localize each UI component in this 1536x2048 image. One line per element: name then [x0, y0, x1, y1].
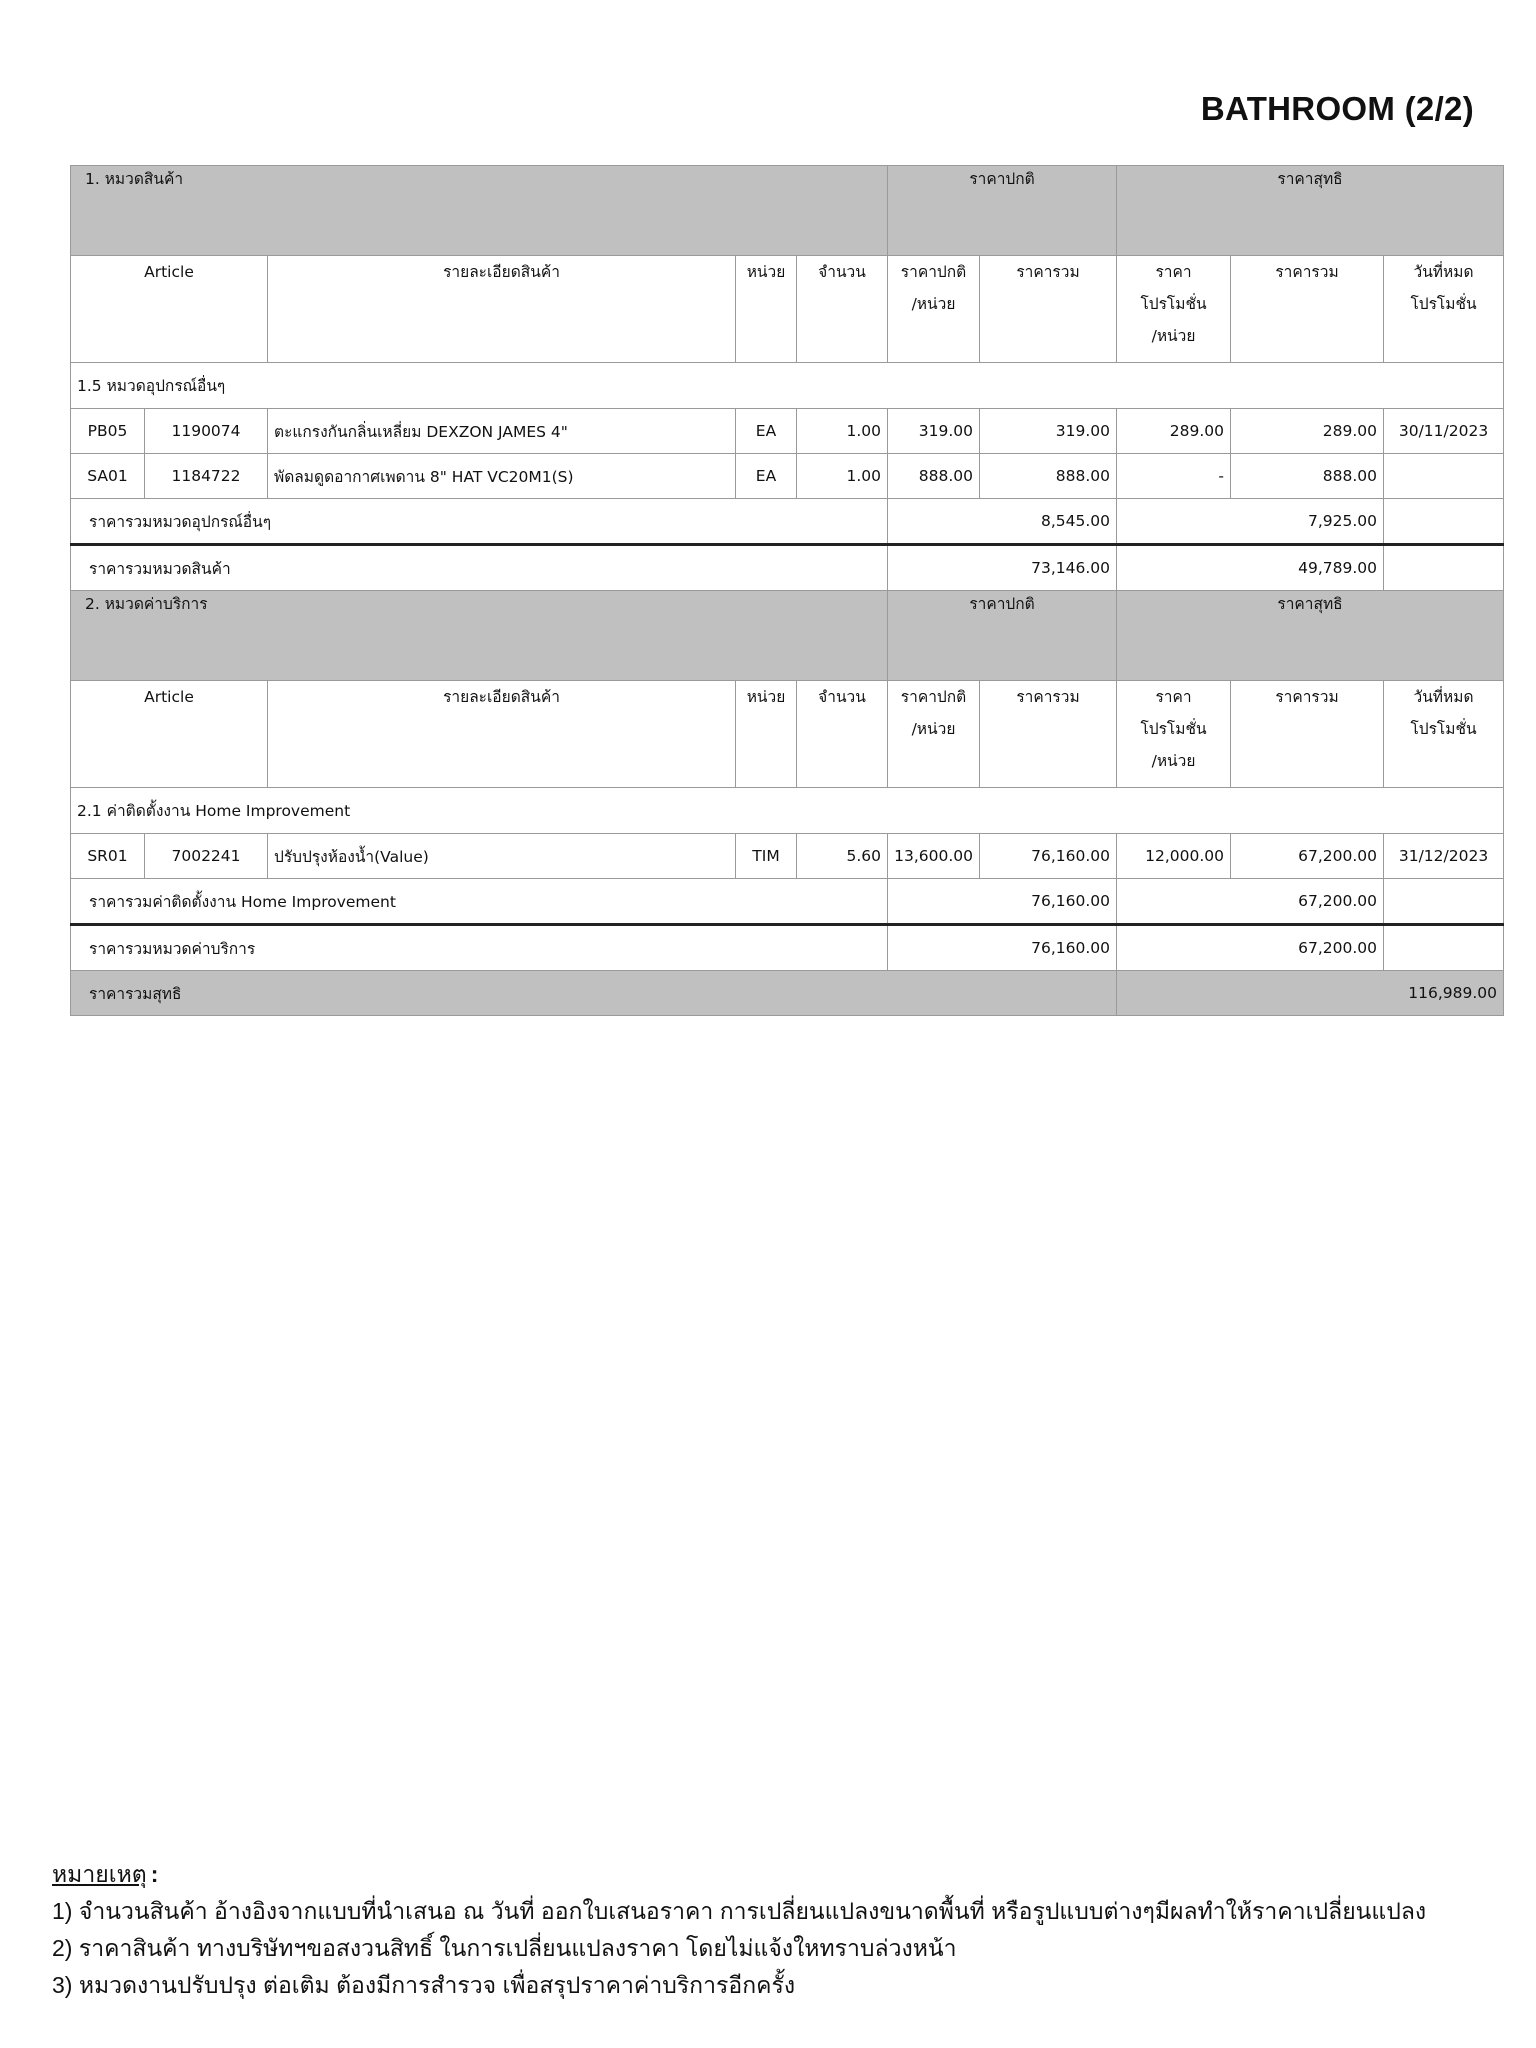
col-regular-total: ราคารวม: [980, 256, 1117, 363]
cell-qty: 1.00: [797, 454, 888, 499]
col-promo-unit-price: ราคาโปรโมชั่น/หน่วย: [1117, 681, 1231, 788]
section-total-label: ราคารวมหมวดสินค้า: [71, 545, 888, 591]
col-net-total: ราคารวม: [1231, 256, 1384, 363]
section-total-net: 67,200.00: [1117, 925, 1384, 971]
section-total-net: 49,789.00: [1117, 545, 1384, 591]
col-regular-total: ราคารวม: [980, 681, 1117, 788]
group-header-net: ราคาสุทธิ: [1117, 166, 1504, 256]
subtotal-row: ราคารวมค่าติดตั้งงาน Home Improvement 76…: [71, 879, 1504, 925]
cell-regular-total: 888.00: [980, 454, 1117, 499]
subtotal-empty: [1384, 499, 1504, 545]
notes-heading-line: หมายเหตุ:: [52, 1856, 1426, 1893]
col-article: Article: [71, 681, 268, 788]
quotation-table: 1. หมวดสินค้า ราคาปกติ ราคาสุทธิ Article…: [70, 165, 1504, 1016]
subtotal-net: 7,925.00: [1117, 499, 1384, 545]
cell-promo-end: 31/12/2023: [1384, 834, 1504, 879]
cell-article: 7002241: [145, 834, 268, 879]
subcategory-row: 2.1 ค่าติดตั้งงาน Home Improvement: [71, 788, 1504, 834]
subtotal-row: ราคารวมหมวดอุปกรณ์อื่นๆ 8,545.00 7,925.0…: [71, 499, 1504, 545]
col-description: รายละเอียดสินค้า: [268, 256, 736, 363]
cell-regular-unit-price: 13,600.00: [888, 834, 980, 879]
section-total-regular: 76,160.00: [888, 925, 1117, 971]
section-total-regular: 73,146.00: [888, 545, 1117, 591]
cell-net-total: 888.00: [1231, 454, 1384, 499]
cell-promo-unit-price: 289.00: [1117, 409, 1231, 454]
cell-article: 1190074: [145, 409, 268, 454]
page-title: BATHROOM (2/2): [1201, 90, 1474, 128]
cell-qty: 5.60: [797, 834, 888, 879]
table-row: SA01 1184722 พัดลมดูดอากาศเพดาน 8" HAT V…: [71, 454, 1504, 499]
col-regular-unit-price: ราคาปกติ/หน่วย: [888, 256, 980, 363]
table-row: PB05 1190074 ตะแกรงกันกลิ่นเหลี่ยม DEXZO…: [71, 409, 1504, 454]
cell-article: 1184722: [145, 454, 268, 499]
column-header-row: Article รายละเอียดสินค้า หน่วย จำนวน ราค…: [71, 681, 1504, 788]
col-article: Article: [71, 256, 268, 363]
column-header-row: Article รายละเอียดสินค้า หน่วย จำนวน ราค…: [71, 256, 1504, 363]
note-item: 2) ราคาสินค้า ทางบริษัทฯขอสงวนสิทธิ์ ในก…: [52, 1930, 1426, 1967]
cell-promo-end: [1384, 454, 1504, 499]
cell-regular-unit-price: 319.00: [888, 409, 980, 454]
group-header-regular: ราคาปกติ: [888, 166, 1117, 256]
cell-unit: EA: [736, 454, 797, 499]
section-header: 1. หมวดสินค้า ราคาปกติ ราคาสุทธิ: [71, 166, 1504, 256]
col-promo-unit-price: ราคาโปรโมชั่น/หน่วย: [1117, 256, 1231, 363]
col-promo-end: วันที่หมดโปรโมชั่น: [1384, 681, 1504, 788]
subtotal-label: ราคารวมค่าติดตั้งงาน Home Improvement: [71, 879, 888, 925]
section-total-empty: [1384, 925, 1504, 971]
cell-unit: EA: [736, 409, 797, 454]
table-row: SR01 7002241 ปรับปรุงห้องน้ำ(Value) TIM …: [71, 834, 1504, 879]
cell-promo-end: 30/11/2023: [1384, 409, 1504, 454]
section-title: 2. หมวดค่าบริการ: [71, 591, 888, 681]
subtotal-label: ราคารวมหมวดอุปกรณ์อื่นๆ: [71, 499, 888, 545]
subcategory-row: 1.5 หมวดอุปกรณ์อื่นๆ: [71, 363, 1504, 409]
subtotal-empty: [1384, 879, 1504, 925]
cell-description: พัดลมดูดอากาศเพดาน 8" HAT VC20M1(S): [268, 454, 736, 499]
cell-qty: 1.00: [797, 409, 888, 454]
cell-code: SR01: [71, 834, 145, 879]
notes-colon: :: [151, 1861, 159, 1887]
subtotal-regular: 8,545.00: [888, 499, 1117, 545]
section-total-row: ราคารวมหมวดค่าบริการ 76,160.00 67,200.00: [71, 925, 1504, 971]
cell-description: ตะแกรงกันกลิ่นเหลี่ยม DEXZON JAMES 4": [268, 409, 736, 454]
group-header-net: ราคาสุทธิ: [1117, 591, 1504, 681]
col-unit: หน่วย: [736, 256, 797, 363]
grand-total-row: ราคารวมสุทธิ 116,989.00: [71, 971, 1504, 1016]
subcategory-label: 1.5 หมวดอุปกรณ์อื่นๆ: [71, 363, 1504, 409]
note-item: 1) จำนวนสินค้า อ้างอิงจากแบบที่นำเสนอ ณ …: [52, 1893, 1426, 1930]
subtotal-regular: 76,160.00: [888, 879, 1117, 925]
col-description: รายละเอียดสินค้า: [268, 681, 736, 788]
cell-regular-total: 319.00: [980, 409, 1117, 454]
cell-regular-unit-price: 888.00: [888, 454, 980, 499]
notes: หมายเหตุ: 1) จำนวนสินค้า อ้างอิงจากแบบที…: [52, 1856, 1426, 2004]
cell-promo-unit-price: 12,000.00: [1117, 834, 1231, 879]
col-unit: หน่วย: [736, 681, 797, 788]
cell-net-total: 67,200.00: [1231, 834, 1384, 879]
section-header: 2. หมวดค่าบริการ ราคาปกติ ราคาสุทธิ: [71, 591, 1504, 681]
subtotal-net: 67,200.00: [1117, 879, 1384, 925]
group-header-regular: ราคาปกติ: [888, 591, 1117, 681]
col-regular-unit-price: ราคาปกติ/หน่วย: [888, 681, 980, 788]
col-qty: จำนวน: [797, 681, 888, 788]
cell-code: SA01: [71, 454, 145, 499]
grand-total-label: ราคารวมสุทธิ: [71, 971, 1117, 1016]
notes-heading: หมายเหตุ: [52, 1861, 147, 1887]
section-total-empty: [1384, 545, 1504, 591]
cell-description: ปรับปรุงห้องน้ำ(Value): [268, 834, 736, 879]
cell-net-total: 289.00: [1231, 409, 1384, 454]
section-title: 1. หมวดสินค้า: [71, 166, 888, 256]
grand-total-value: 116,989.00: [1117, 971, 1504, 1016]
col-promo-end: วันที่หมดโปรโมชั่น: [1384, 256, 1504, 363]
note-item: 3) หมวดงานปรับปรุง ต่อเติม ต้องมีการสำรว…: [52, 1967, 1426, 2004]
cell-promo-unit-price: -: [1117, 454, 1231, 499]
subcategory-label: 2.1 ค่าติดตั้งงาน Home Improvement: [71, 788, 1504, 834]
col-qty: จำนวน: [797, 256, 888, 363]
col-net-total: ราคารวม: [1231, 681, 1384, 788]
cell-regular-total: 76,160.00: [980, 834, 1117, 879]
section-total-label: ราคารวมหมวดค่าบริการ: [71, 925, 888, 971]
cell-code: PB05: [71, 409, 145, 454]
section-total-row: ราคารวมหมวดสินค้า 73,146.00 49,789.00: [71, 545, 1504, 591]
cell-unit: TIM: [736, 834, 797, 879]
